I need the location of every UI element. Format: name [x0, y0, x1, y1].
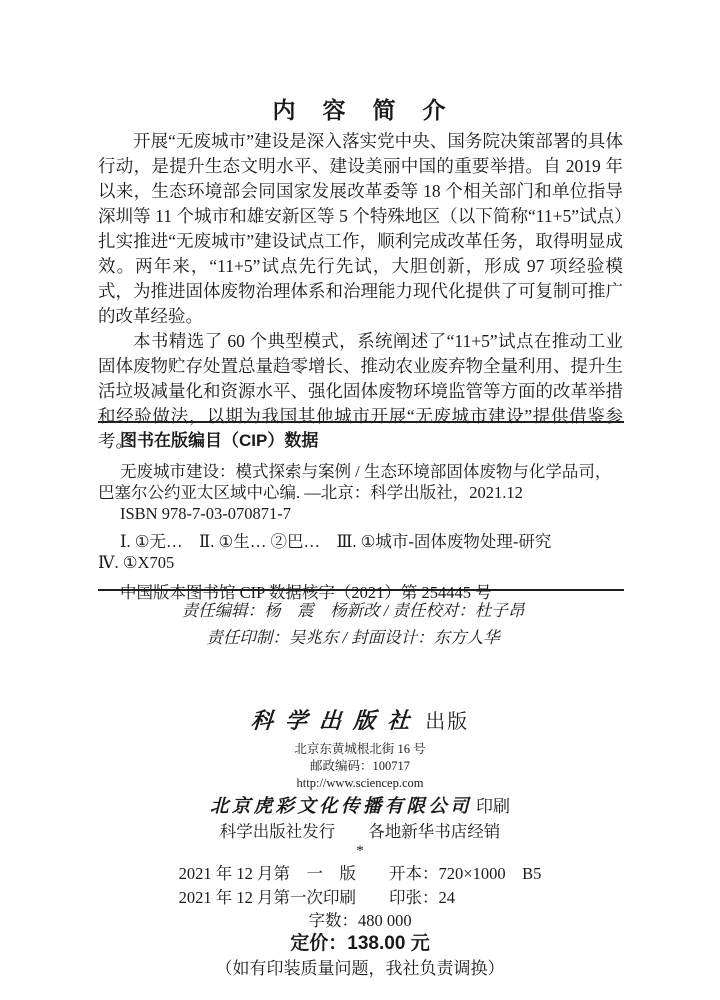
publisher-imprint-block: 科学出版社 出版 北京东黄城根北街 16 号 邮政编码：100717 http:…	[0, 710, 720, 982]
print-label: 印刷	[476, 797, 510, 816]
cip-bottom-rule	[98, 589, 624, 591]
publisher-address: 北京东黄城根北街 16 号	[0, 741, 720, 758]
printing-design-line: 责任印制：吴兆东 / 封面设计：东方人华	[98, 624, 608, 651]
science-press-logotype: 科学出版社	[250, 710, 422, 732]
word-count-line: 字数：480 000	[0, 910, 720, 931]
publisher-postcode: 邮政编码：100717	[0, 758, 720, 775]
impression-line: 2021 年 12 月第一次印刷 印张：24	[179, 886, 542, 910]
staff-credits: 责任编辑：杨 震 杨新改 / 责任校对：杜子昂 责任印制：吴兆东 / 封面设计：…	[98, 597, 608, 651]
publisher-logo-line: 科学出版社 出版	[0, 710, 720, 732]
publish-label: 出版	[425, 711, 469, 733]
quality-note-line: （如有印装质量问题，我社负责调换）	[0, 956, 720, 982]
page-title: 内 容 简 介	[0, 92, 720, 125]
cip-block: 图书在版编目（CIP）数据 无废城市建设：模式探索与案例 / 生态环境部固体废物…	[98, 430, 643, 603]
distribution-line: 科学出版社发行 各地新华书店经销	[0, 821, 720, 843]
price-line: 定价：138.00 元	[0, 931, 720, 956]
publisher-website: http://www.sciencep.com	[0, 775, 720, 792]
edition-impression-group: 2021 年 12 月第 一 版 开本：720×1000 B5 2021 年 1…	[179, 862, 542, 910]
cip-title-line-2: 巴塞尔公约亚太区域中心编. —北京：科学出版社，2021.12	[98, 482, 643, 503]
separator-asterisk: *	[0, 844, 720, 859]
printer-company-name: 北京虎彩文化传播有限公司	[210, 798, 472, 817]
cip-classification-line-1: Ⅰ. ①无… Ⅱ. ①生… ②巴… Ⅲ. ①城市-固体废物处理-研究	[98, 531, 643, 552]
book-copyright-page: 内 容 简 介 开展“无废城市”建设是深入落实党中央、国务院决策部署的具体行动，…	[0, 0, 720, 1000]
cip-top-rule	[98, 421, 624, 423]
summary-paragraph-1: 开展“无废城市”建设是深入落实党中央、国务院决策部署的具体行动，是提升生态文明水…	[98, 129, 623, 329]
cip-classification-line-2: Ⅳ. ①X705	[98, 552, 643, 573]
printer-line: 北京虎彩文化传播有限公司 印刷	[0, 798, 720, 817]
cip-heading: 图书在版编目（CIP）数据	[98, 430, 643, 451]
cip-isbn: ISBN 978-7-03-070871-7	[98, 503, 643, 524]
editors-line: 责任编辑：杨 震 杨新改 / 责任校对：杜子昂	[98, 597, 608, 624]
cip-title-line-1: 无废城市建设：模式探索与案例 / 生态环境部固体废物与化学品司，	[98, 461, 643, 482]
edition-line: 2021 年 12 月第 一 版 开本：720×1000 B5	[179, 862, 542, 886]
content-summary: 开展“无废城市”建设是深入落实党中央、国务院决策部署的具体行动，是提升生态文明水…	[98, 129, 623, 454]
